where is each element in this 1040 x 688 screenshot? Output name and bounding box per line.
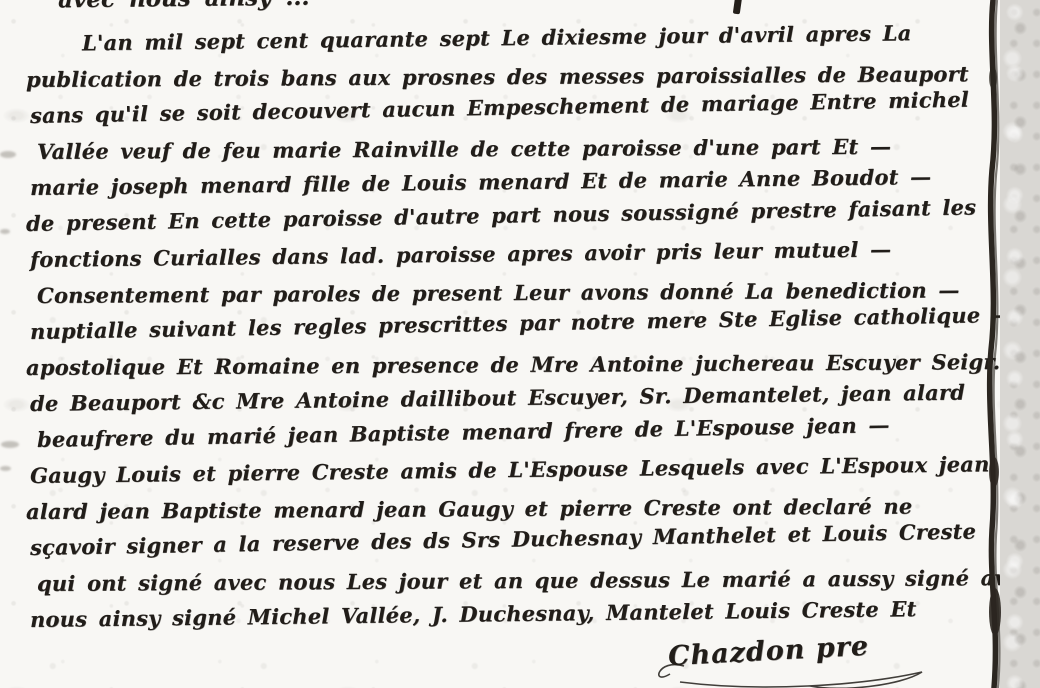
- page-binding-edge: [962, 0, 1022, 688]
- margin-smudge: [0, 466, 11, 471]
- margin-smudge: [0, 229, 10, 234]
- margin-smudge: [0, 151, 16, 158]
- margin-smudge: [1, 441, 19, 448]
- scanned-register-page: avec nous ainsy ... L'an mil sept cent q…: [0, 0, 1040, 688]
- manuscript-text-block: L'an mil sept cent quarante sept Le dixi…: [30, 26, 982, 638]
